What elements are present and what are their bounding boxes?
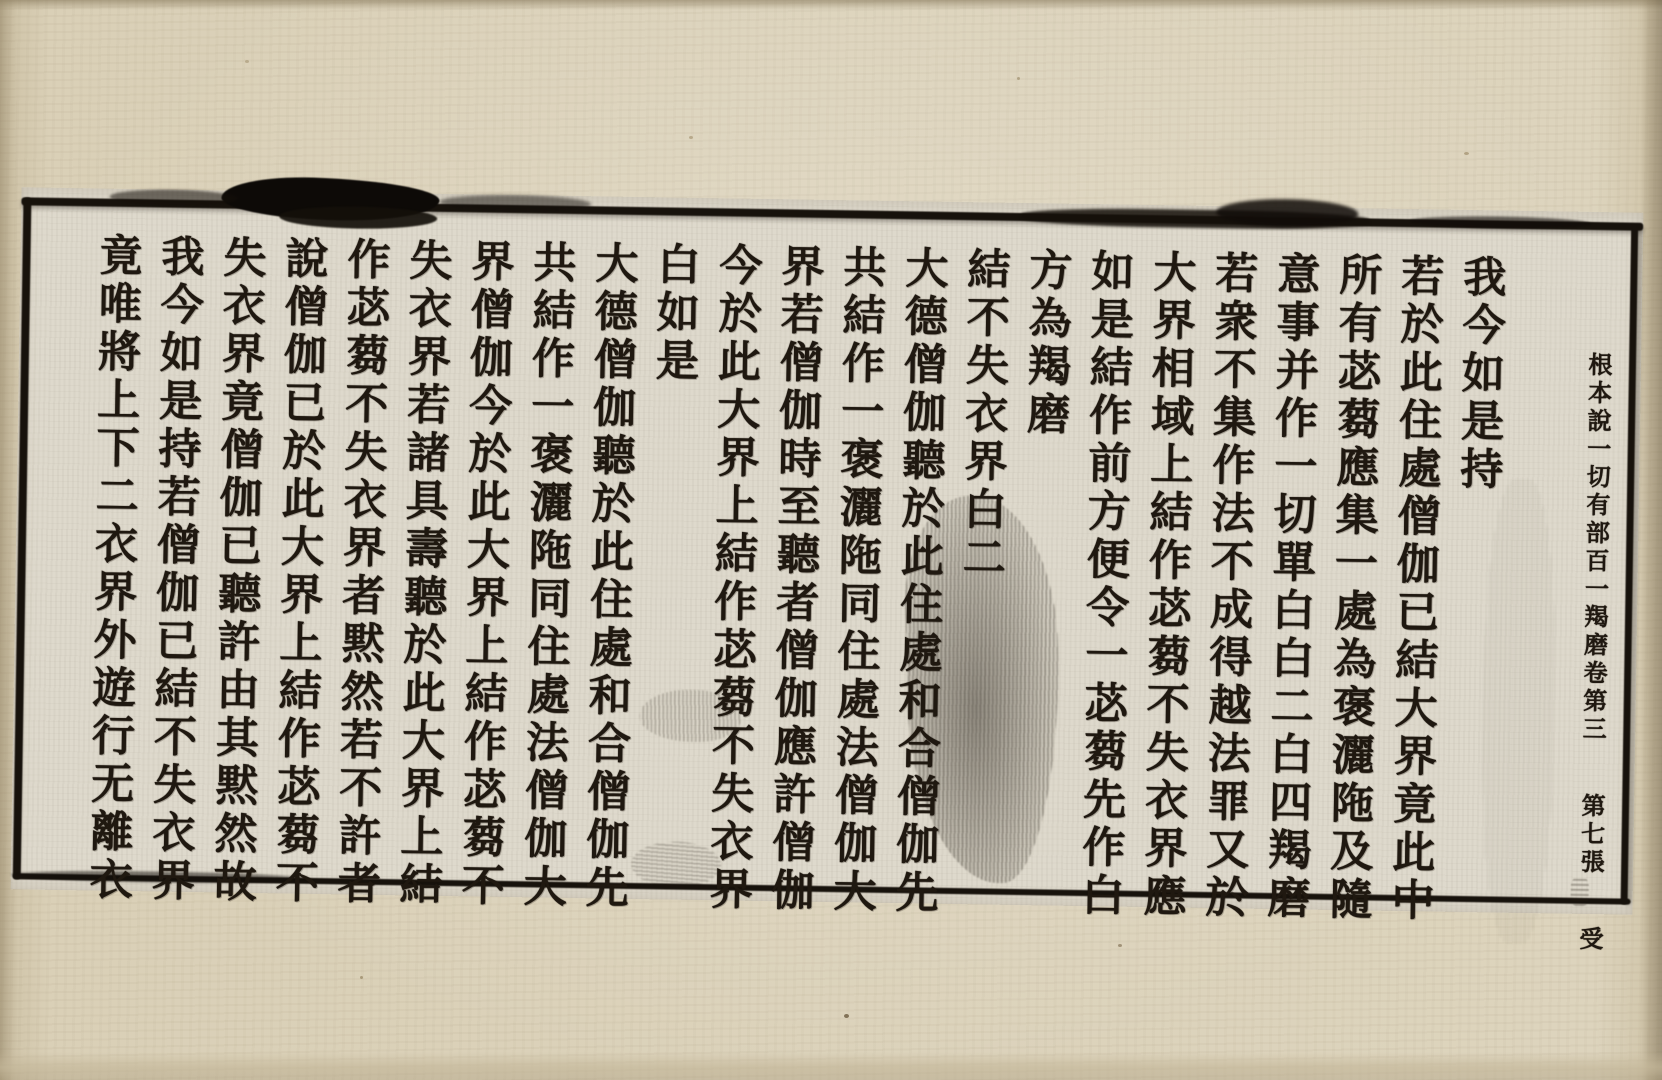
text-column-15: 大德僧伽聽於此住處和合僧伽先: [581, 240, 637, 891]
text-column-6: 大界相域上結作苾蒭不失衣界應: [1139, 249, 1195, 900]
text-column-20: 說僧伽已於此大界上結作苾蒭不: [271, 235, 327, 886]
text-column-14: 白如是: [643, 241, 699, 892]
text-column-8: 方為羯磨: [1015, 247, 1071, 898]
paper-speck: [844, 1014, 849, 1018]
text-column-1: 我今如是持: [1449, 254, 1505, 905]
paper-speck: [689, 136, 693, 139]
scanned-manuscript-page: 根本說一切有部百一羯磨卷第三 第七張 受 我今如是持 若於此住處僧伽已結大界竟此…: [0, 0, 1662, 1080]
paper-speck: [360, 976, 363, 979]
paper-edge-top: [0, 0, 1662, 10]
sheet-number: 第七張: [1577, 793, 1604, 877]
text-block: 根本說一切有部百一羯磨卷第三 第七張 受 我今如是持 若於此住處僧伽已結大界竟此…: [33, 206, 1627, 907]
text-column-13: 今於此大界上結作苾蒭不失衣界: [705, 242, 761, 893]
paper-speck: [1017, 77, 1020, 80]
paper-speck: [245, 60, 249, 63]
scroll-title: 根本說一切有部百一羯磨卷第三: [1579, 352, 1611, 744]
paper-edge-bottom: [0, 1052, 1662, 1080]
text-column-11: 共結作一褒灑陁同住處法僧伽大: [829, 244, 885, 895]
text-column-2: 若於此住處僧伽已結大界竟此中: [1387, 253, 1443, 904]
text-column-21: 失衣界竟僧伽已聽許由其黙然故: [209, 234, 265, 885]
text-column-9: 結不失衣界白二: [953, 246, 1009, 897]
text-column-3: 所有苾蒭應集一處為褒灑陁及隨: [1325, 252, 1381, 903]
text-column-18: 失衣界若諸具壽聽於此大界上結: [395, 237, 451, 888]
sheet-marker-column: 根本說一切有部百一羯磨卷第三 第七張 受: [1565, 256, 1613, 907]
paper-edge-right: [1640, 0, 1662, 1080]
text-column-19: 作苾蒭不失衣界者黙然若不許者: [333, 236, 389, 887]
paper-speck: [1464, 152, 1469, 155]
woodblock-printed-sheet: 根本說一切有部百一羯磨卷第三 第七張 受 我今如是持 若於此住處僧伽已結大界竟此…: [11, 187, 1644, 914]
text-column-12: 界若僧伽時至聽者僧伽應許僧伽: [767, 243, 823, 894]
text-column-16: 共結作一褒灑陁同住處法僧伽大: [519, 239, 575, 890]
text-column-22: 我今如是持若僧伽已結不失衣界: [147, 233, 203, 884]
case-mark: 受: [1576, 926, 1602, 954]
paper-speck: [1118, 944, 1122, 947]
text-column-10: 大德僧伽聽於此住處和合僧伽先: [891, 245, 947, 896]
text-column-5: 若衆不集作法不成得越法罪又於: [1201, 250, 1257, 901]
text-column-7: 如是結作前方便令一苾蒭先作白: [1077, 248, 1133, 899]
text-column-17: 界僧伽今於此大界上結作苾蒭不: [457, 238, 513, 889]
text-column-23: 竟唯將上下二衣界外遊行无離衣: [85, 232, 141, 883]
text-column-4: 意事并作一切單白白二白四羯磨: [1263, 251, 1319, 902]
frame-border-left: [13, 197, 32, 879]
